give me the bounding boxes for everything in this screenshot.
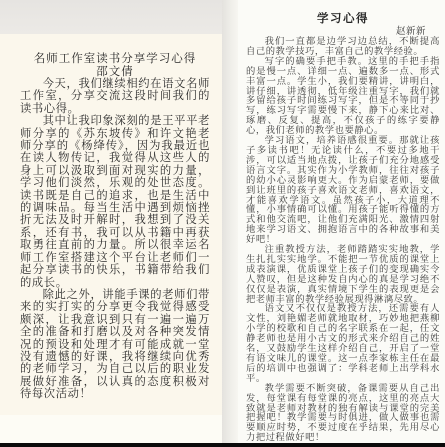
- left-page-author: 邵文倩: [20, 66, 210, 79]
- left-page-body: 今天，我们继续相约在语文名师工作室，分享交流这段时间我们的读书心得。其中让我印象…: [20, 78, 210, 401]
- background-below-left-page: [0, 415, 222, 443]
- right-page-title: 学习心得: [246, 13, 440, 26]
- document-page-left: 名师工作室读书分享学习心得 邵文倩 今天，我们继续相约在语文名师工作室，分享交流…: [0, 34, 222, 415]
- paragraph: 我们一直都是边学习边总结，不断提高自己的教学技巧，丰富自己的教学经验。: [246, 37, 440, 57]
- paragraph: 今天，我们继续相约在语文名师工作室，分享交流这段时间我们的读书心得。: [20, 78, 210, 115]
- right-page-body: 我们一直都是边学习边总结，不断提高自己的教学技巧，丰富自己的教学经验。写字的确要…: [246, 37, 440, 443]
- page-gutter-shadow: [222, 0, 238, 443]
- paragraph: 学习语文，培养语感很重要。那就让孩子多读书吧！无论读什么，不要过多地干涉，可以适…: [246, 136, 440, 245]
- paragraph: 写字的确要手把手教。这里的手把手指的是慢一点、详细一点、遍数多一点、形式丰富一点…: [246, 57, 440, 136]
- background-gray-strip: [0, 0, 222, 34]
- paragraph: 除此之外，讲能手课的老师们带来的实打实的分享更令我觉得感受颇深，让我意识到只有一…: [20, 289, 210, 401]
- bottom-black-bar: [0, 443, 445, 447]
- photo-of-two-documents: 名师工作室读书分享学习心得 邵文倩 今天，我们继续相约在语文名师工作室，分享交流…: [0, 0, 445, 447]
- document-page-right: 学习心得 赵新新 我们一直都是边学习边总结，不断提高自己的教学技巧，丰富自己的教…: [238, 0, 445, 443]
- paragraph: 注重教授方法，老师踏踏实实地教，学生扎扎实实地学。不能把一节优质的课堂上成表演课…: [246, 245, 440, 304]
- left-page-title: 名师工作室读书分享学习心得: [20, 53, 210, 66]
- paragraph: 语文又不仅仅是教授方法，还需要有人文性，刘艳媚老师就地取材，巧妙地把燕柳小学的校…: [246, 304, 440, 383]
- paragraph: 其中让我印象深刻的是王平平老师分享的《苏东坡传》和许文艳老师分享的《杨绛传》，因…: [20, 115, 210, 289]
- paragraph: 教学需要不断突破，备课需要从自己出发，每堂课有每堂课的亮点，这里的亮点大致就是老…: [246, 384, 440, 443]
